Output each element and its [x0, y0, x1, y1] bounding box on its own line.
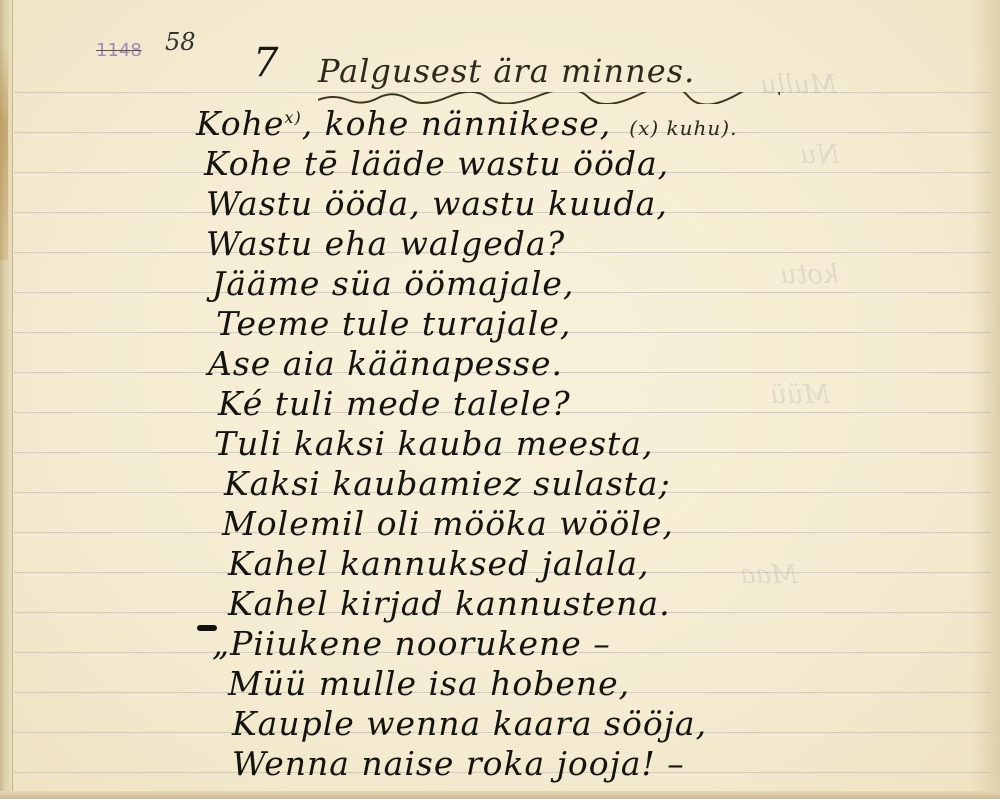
manuscript-page: Mullu Nu kotu Müü Maa 1148 58 7 Palguses… — [0, 0, 1000, 799]
poem-line-3: Wastu ööda, wastu kuuda, — [206, 184, 668, 223]
title-wavy-underline — [318, 92, 780, 104]
poem-line-4: Wastu eha walgeda? — [206, 224, 565, 263]
page-right-edge — [972, 0, 1000, 799]
poem-line-8: Ké tuli mede talele? — [218, 384, 571, 423]
binding-stain — [0, 40, 8, 260]
poem-line-9: Tuli kaksi kauba meesta, — [214, 424, 653, 463]
footnote-annotation: (x) kuhu). — [629, 116, 737, 140]
poem-line-15: Müü mulle isa hobene, — [228, 664, 630, 703]
page-bottom-edge — [0, 791, 1000, 799]
line-text: Kohe — [196, 104, 284, 143]
bleed-through-text: kotu — [780, 260, 839, 290]
poem-line-11: Molemil oli mööka wööle, — [222, 504, 674, 543]
poem-line-12: Kahel kannuksed jalala, — [228, 544, 650, 583]
page-number: 58 — [165, 28, 196, 56]
poem-line-7: Ase aia käänapesse. — [208, 344, 563, 383]
poem-line-17: Wenna naise roka jooja! – — [232, 744, 685, 783]
bleed-through-text: Müü — [770, 380, 830, 410]
poem-line-13: Kahel kirjad kannustena. — [228, 584, 671, 623]
poem-title: Palgusest ära minnes. — [318, 52, 695, 90]
footnote-marker: x) — [284, 108, 301, 127]
bleed-through-text: Nu — [800, 140, 840, 170]
poem-line-5: Jääme süa öömajale, — [212, 264, 574, 303]
catalog-number-struck: 1148 — [96, 40, 142, 61]
poem-line-16: Kauple wenna kaara sööja, — [232, 704, 707, 743]
line-text-rest: , kohe nännikese, — [302, 104, 612, 143]
poem-line-10: Kaksi kaubamiez sulasta; — [224, 464, 671, 503]
poem-number: 7 — [253, 40, 278, 86]
poem-line-14: „Piiukene noorukene – — [212, 624, 611, 663]
bleed-through-text: Maa — [740, 560, 798, 590]
poem-line-1: Kohex), kohe nännikese,(x) kuhu). — [196, 104, 737, 143]
poem-line-2: Kohe tē lääde wastu ööda, — [204, 144, 669, 183]
poem-line-6: Teeme tule turajale, — [216, 304, 571, 343]
